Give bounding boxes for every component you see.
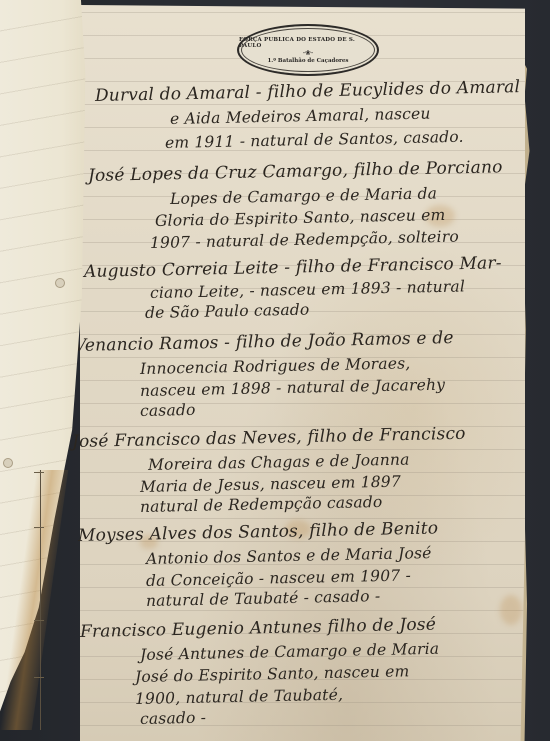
binding-stitch	[34, 527, 44, 528]
punch-hole	[3, 458, 13, 468]
stamp-bottom-text: 1.º Batalhão de Caçadores	[267, 58, 348, 64]
entry-line: casado -	[140, 709, 207, 728]
entry-line: de São Paulo casado	[145, 301, 310, 322]
binding-stitch	[34, 677, 44, 678]
official-stamp: FORÇA PUBLICA DO ESTADO DE S. PAULO -❀- …	[237, 24, 379, 76]
stamp-emblem-icon: -❀-	[303, 49, 314, 58]
stain	[500, 595, 522, 625]
binding-stitch	[34, 472, 44, 473]
stamp-top-text: FORÇA PUBLICA DO ESTADO DE S. PAULO	[239, 37, 377, 49]
entry-line: casado	[140, 401, 196, 420]
binding-stitch	[34, 620, 44, 621]
binding-stitch-line	[40, 470, 41, 730]
punch-hole	[55, 278, 65, 288]
